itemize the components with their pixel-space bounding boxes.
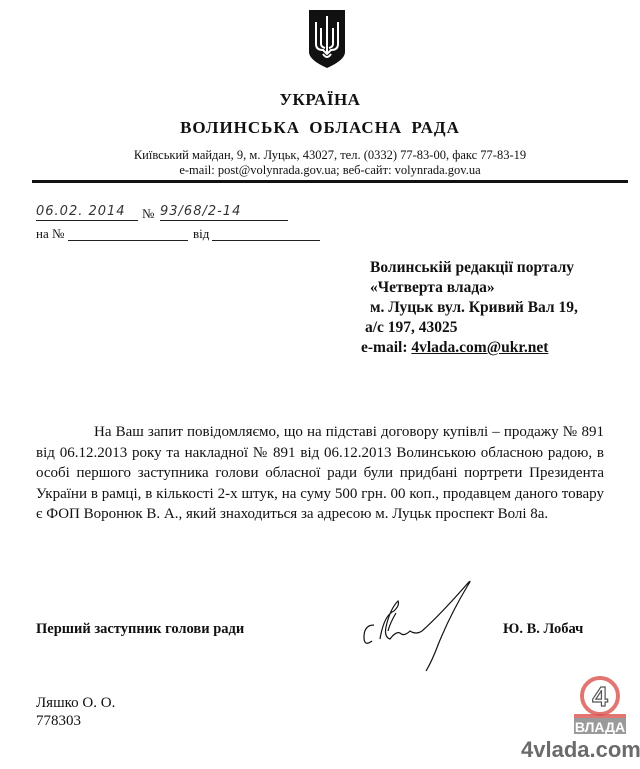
from-date-label: від — [193, 226, 209, 242]
organization-title: ВОЛИНСЬКА ОБЛАСНА РАДА — [0, 118, 640, 138]
svg-text:ВЛАДА: ВЛАДА — [575, 719, 625, 735]
reply-to-number-field — [68, 226, 188, 241]
handwritten-signature-icon — [360, 575, 490, 675]
recipient-line: м. Луцьк вул. Кривий Вал 19, — [370, 298, 578, 318]
outgoing-number: 93/68/2-14 — [160, 204, 241, 219]
reply-to-label: на № — [36, 226, 64, 242]
letter-body: На Ваш запит повідомляємо, що на підстав… — [36, 422, 604, 525]
executor-name: Ляшко О. О. — [36, 695, 115, 712]
recipient-line: а/с 197, 43025 — [365, 318, 578, 338]
recipient-line: Волинській редакції порталу — [370, 258, 578, 278]
recipient-line: «Четверта влада» — [370, 278, 578, 298]
trident-emblem-icon — [307, 8, 347, 70]
recipient-email-row: e-mail: 4vlada.com@ukr.net — [361, 338, 578, 358]
svg-text:4: 4 — [592, 681, 608, 712]
organization-address: Київський майдан, 9, м. Луцьк, 43027, те… — [0, 148, 640, 163]
outgoing-date-line: 06.02. 2014 — [36, 206, 138, 221]
4vlada-logo-icon: 4 ВЛАДА — [568, 672, 632, 736]
outgoing-date: 06.02. 2014 — [36, 204, 126, 219]
signatory-name: Ю. В. Лобач — [503, 621, 583, 638]
country-title: УКРАЇНА — [0, 90, 640, 110]
number-label: № — [142, 206, 154, 222]
outgoing-number-line: 93/68/2-14 — [160, 206, 288, 221]
executor-phone: 778303 — [36, 713, 81, 730]
watermark-site: 4vlada.com — [521, 737, 640, 763]
recipient-block: Волинській редакції порталу «Четверта вл… — [364, 258, 578, 358]
recipient-email-label: e-mail: — [361, 339, 411, 356]
organization-contacts: e-mail: post@volynrada.gov.ua; веб-сайт:… — [0, 163, 640, 178]
header-divider — [32, 180, 628, 183]
body-paragraph: На Ваш запит повідомляємо, що на підстав… — [36, 422, 604, 525]
signatory-title: Перший заступник голови ради — [36, 621, 244, 638]
from-date-field — [212, 226, 320, 241]
recipient-email-link[interactable]: 4vlada.com@ukr.net — [411, 339, 548, 356]
